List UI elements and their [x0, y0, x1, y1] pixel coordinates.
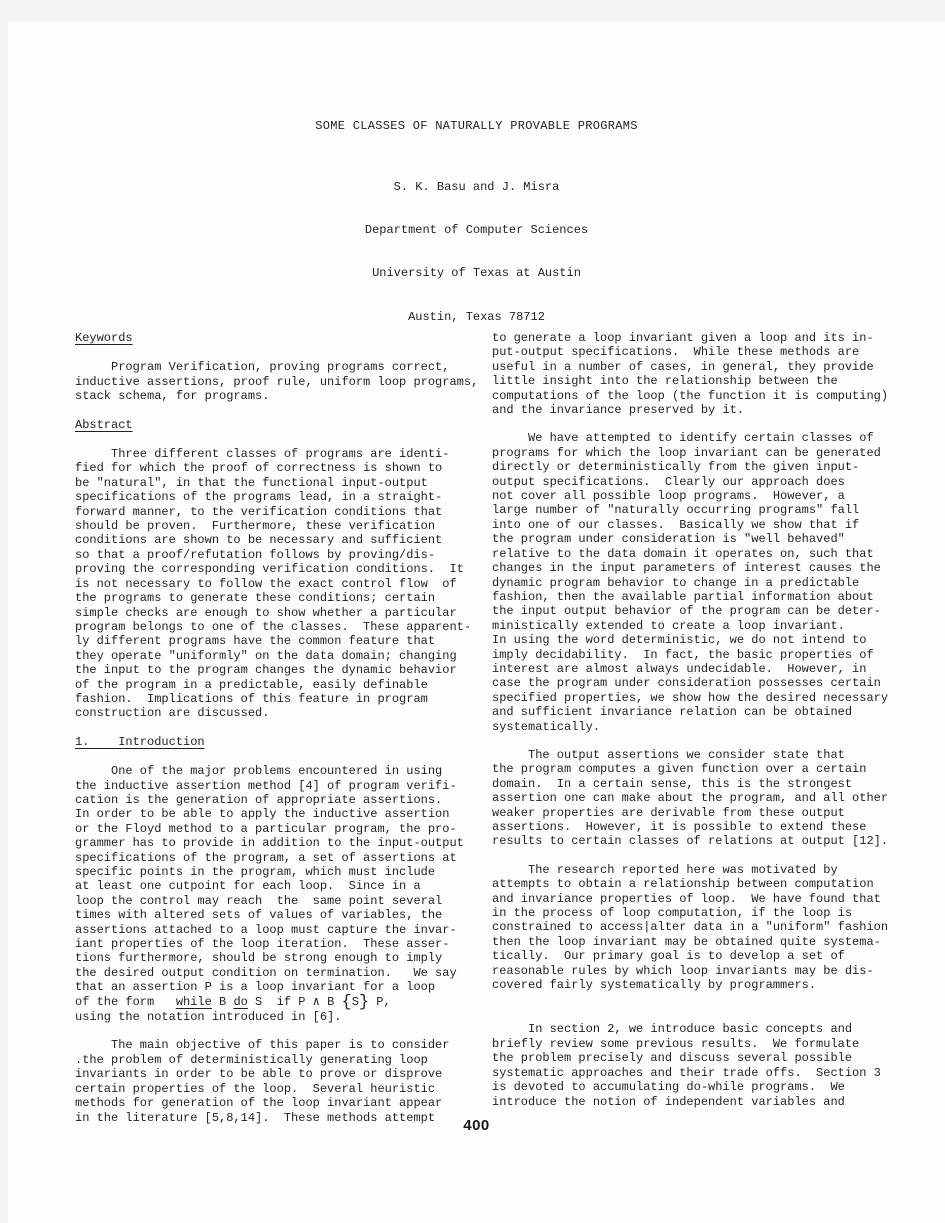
affiliation-university: University of Texas at Austin — [8, 266, 945, 280]
paper-title: SOME CLASSES OF NATURALLY PROVABLE PROGR… — [8, 119, 945, 133]
intro-form-tail: P, — [369, 995, 391, 1009]
right-paragraph-2: We have attempted to identify certain cl… — [492, 431, 906, 734]
keywords-heading: Keywords — [75, 331, 489, 345]
page-number: 400 — [8, 1119, 945, 1133]
intro-p1-text-b: using the notation introduced in [6]. — [75, 1010, 341, 1024]
right-paragraph-1: to generate a loop invariant given a loo… — [492, 331, 906, 417]
intro-p1-text-a: One of the major problems encountered in… — [75, 764, 464, 1009]
affiliation-department: Department of Computer Sciences — [8, 223, 945, 237]
introduction-heading: 1. Introduction — [75, 735, 489, 749]
intro-paragraph-1: One of the major problems encountered in… — [75, 764, 489, 1024]
abstract-heading: Abstract — [75, 418, 489, 432]
keywords-paragraph: Program Verification, proving programs c… — [75, 360, 489, 403]
keyword-while: while — [176, 995, 212, 1009]
intro-form-s: S — [352, 995, 359, 1009]
affiliation-city: Austin, Texas 78712 — [8, 310, 945, 324]
paper-authors: S. K. Basu and J. Misra — [8, 180, 945, 194]
close-brace-glyph: } — [359, 993, 369, 1012]
right-paragraph-4: The research reported here was motivated… — [492, 863, 906, 993]
open-brace-glyph: { — [342, 993, 352, 1012]
right-paragraph-3: The output assertions we consider state … — [492, 748, 906, 849]
keyword-do: do — [233, 995, 247, 1009]
left-column: Keywords Program Verification, proving p… — [75, 331, 489, 1139]
paper-header: SOME CLASSES OF NATURALLY PROVABLE PROGR… — [8, 90, 945, 353]
right-column: to generate a loop invariant given a loo… — [492, 331, 906, 1123]
right-paragraph-5: In section 2, we introduce basic concept… — [492, 1022, 906, 1108]
intro-form-mid1: B — [212, 995, 234, 1009]
intro-paragraph-2: The main objective of this paper is to c… — [75, 1038, 489, 1124]
intro-form-mid2: S if P ∧ B — [248, 995, 342, 1009]
scanned-paper-page: SOME CLASSES OF NATURALLY PROVABLE PROGR… — [8, 22, 945, 1223]
abstract-paragraph: Three different classes of programs are … — [75, 447, 489, 721]
